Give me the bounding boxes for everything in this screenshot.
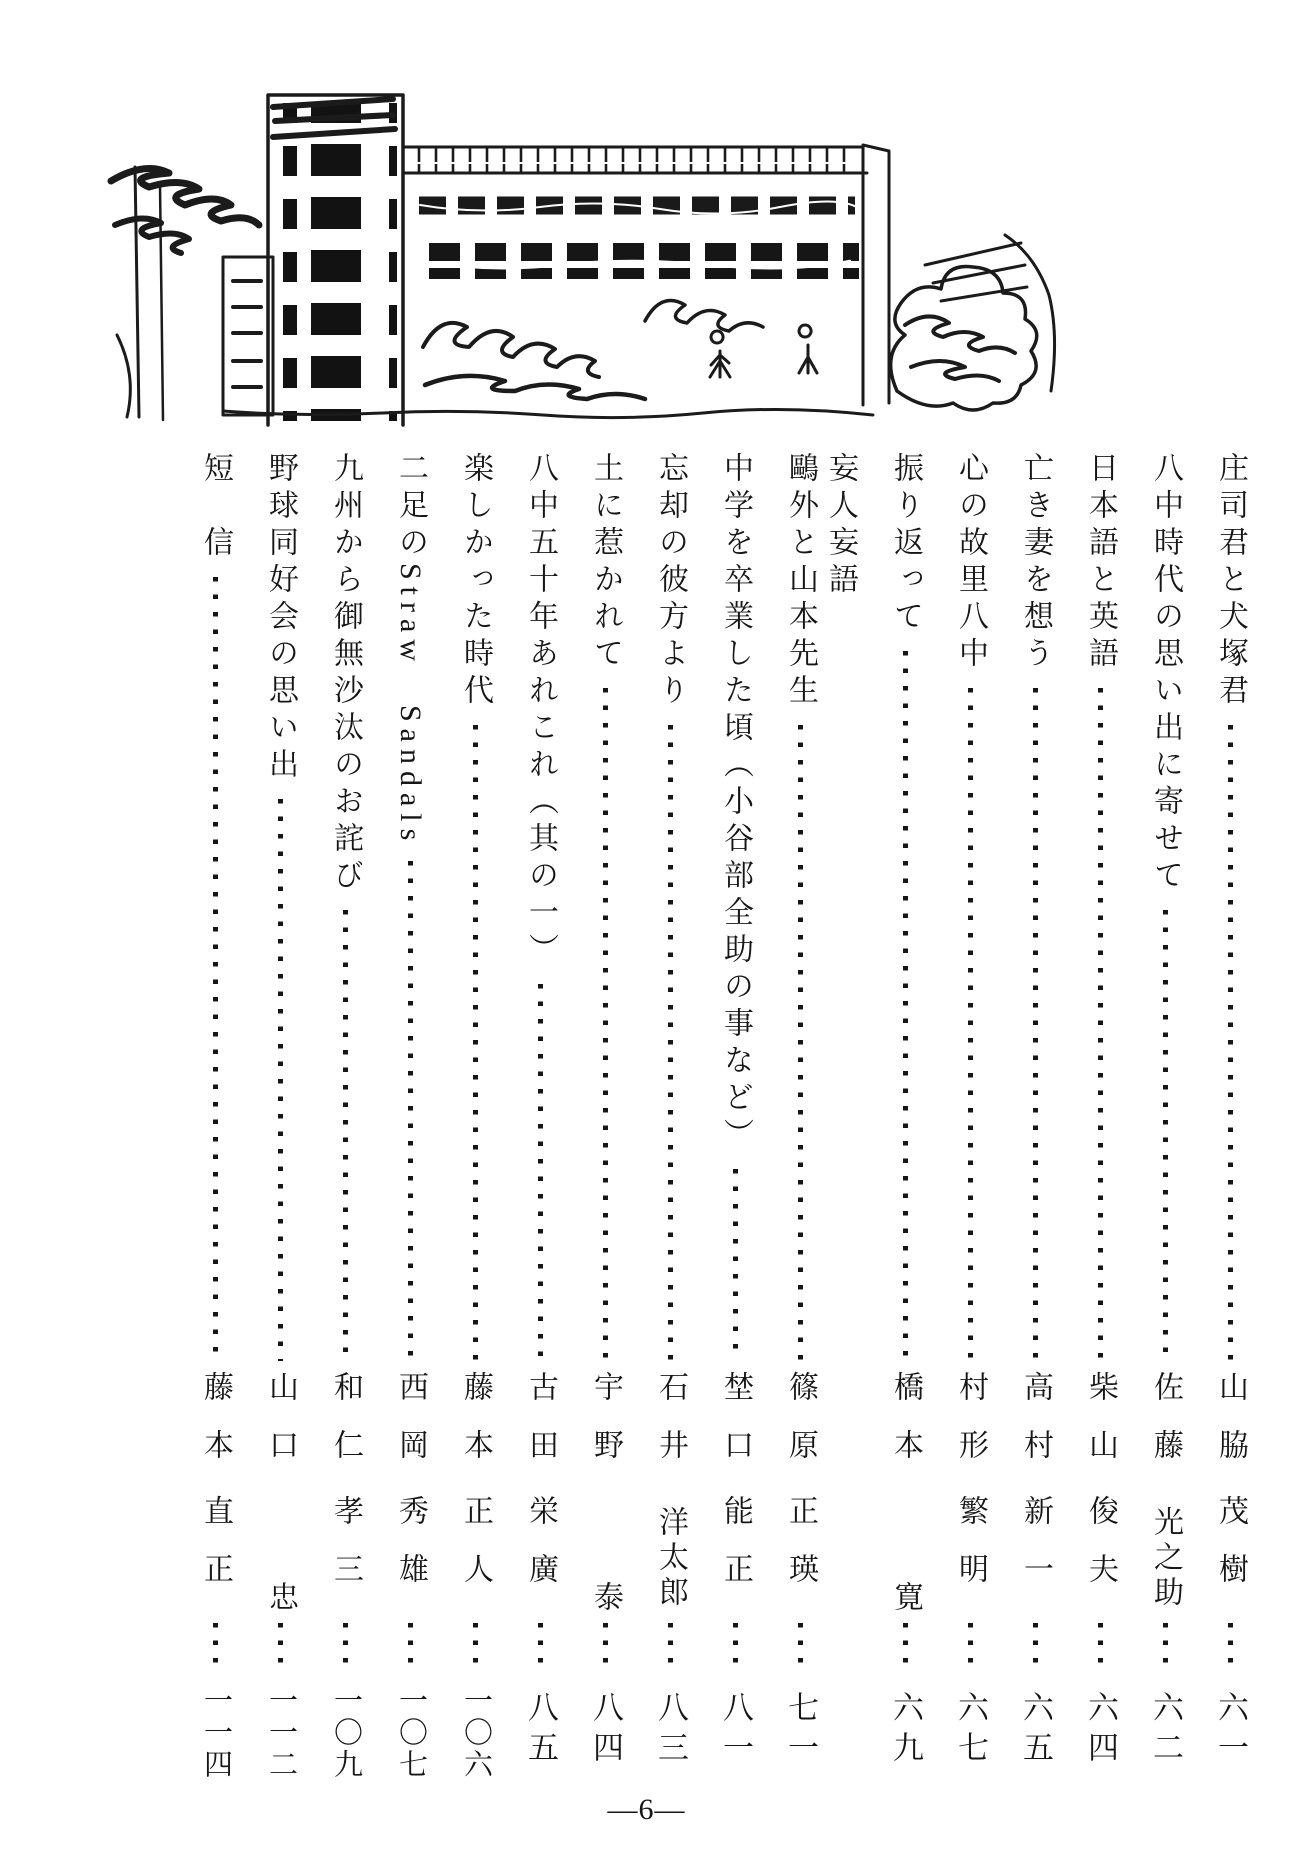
toc-entry-title: 亡き妻を想う	[1017, 452, 1054, 674]
page-number: 六七	[952, 1677, 989, 1795]
toc-entry-author: 藤本 正人	[457, 1371, 494, 1611]
page-number: 八三	[652, 1677, 689, 1795]
author-given-name: 忠	[262, 1581, 299, 1611]
page-number: 七一	[782, 1677, 819, 1795]
toc-entry-author: 村形 繁明	[952, 1371, 989, 1611]
author-surname: 藤本	[197, 1371, 234, 1487]
toc-entry-title: 短 信	[197, 452, 234, 563]
toc-entry-author: 佐藤 光之助	[1147, 1371, 1184, 1611]
toc-entry-title: 野球同好会の思い出	[262, 452, 299, 785]
author-given-name: 洋太郎	[652, 1506, 689, 1611]
author-given-name: 栄廣	[522, 1495, 559, 1611]
author-surname: 西岡	[392, 1371, 429, 1487]
author-surname: 柴山	[1082, 1371, 1119, 1487]
author-given-name: 茂樹	[1212, 1495, 1249, 1611]
dotted-leader-short	[408, 1623, 413, 1669]
toc-entry-title: 八中五十年あれこれ（其の一）	[522, 452, 559, 970]
toc-entry-author: 橋本 寛	[887, 1371, 924, 1611]
toc-entry: 亡き妻を想う 高村 新一 六五	[1017, 452, 1054, 1795]
toc-entry-title: 中学を卒業した頃（小谷部全助の事など）	[717, 452, 754, 1155]
dotted-leader-short	[668, 1623, 673, 1669]
school-building-sketch-illustration	[105, 85, 1060, 435]
toc-entry-title: 八中時代の思い出に寄せて	[1147, 452, 1184, 896]
toc-entry-main-line: 亡き妻を想う 高村 新一 六五	[1017, 452, 1054, 1795]
toc-entry: 庄司君と犬塚君 山脇 茂樹 六一	[1212, 452, 1249, 1795]
page-number: 一〇七	[392, 1677, 429, 1795]
dotted-leader	[1228, 725, 1233, 1361]
dotted-leader	[343, 910, 348, 1361]
author-given-name: 泰	[587, 1581, 624, 1611]
dotted-leader	[408, 861, 413, 1361]
dotted-leader	[668, 725, 673, 1361]
page-number: 六五	[1017, 1677, 1054, 1795]
author-surname: 高村	[1017, 1371, 1054, 1487]
toc-entry-title: 楽しかった時代	[457, 452, 494, 711]
toc-entry-main-line: 土に惹かれて 宇野 泰 八四	[587, 452, 624, 1795]
dotted-leader	[1163, 910, 1168, 1361]
dotted-leader-short	[903, 1623, 908, 1669]
toc-entry-title: 心の故里八中	[952, 452, 989, 674]
toc-entry-main-line: 九州から御無沙汰のお詫び 和仁 孝三 一〇九	[327, 452, 364, 1795]
page-number: 一〇九	[327, 1677, 364, 1795]
dotted-leader	[1098, 688, 1103, 1361]
page-number: 六四	[1082, 1677, 1119, 1795]
toc-entry: 九州から御無沙汰のお詫び 和仁 孝三 一〇九	[327, 452, 364, 1795]
author-surname: 和仁	[327, 1371, 364, 1487]
toc-entry: 八中五十年あれこれ（其の一） 古田 栄廣 八五	[522, 452, 559, 1795]
page-number: 八四	[587, 1677, 624, 1795]
toc-entry-main-line: 短 信 藤本 直正 一一四	[197, 452, 234, 1795]
dotted-leader-short	[733, 1623, 738, 1669]
page-number: 八五	[522, 1677, 559, 1795]
toc-entry-author: 山口 忠	[262, 1371, 299, 1611]
author-surname: 山脇	[1212, 1371, 1249, 1487]
toc-entry-author: 埜口 能正	[717, 1371, 754, 1611]
toc-entry-title: 二足のStraw Sandals	[392, 452, 429, 847]
toc-entry: 振り返って 橋本 寛 六九	[887, 452, 924, 1795]
toc-entry-author: 古田 栄廣	[522, 1371, 559, 1611]
dotted-leader-short	[798, 1623, 803, 1669]
toc-entry-title: 土に惹かれて	[587, 452, 624, 674]
toc-entry-title: 日本語と英語	[1082, 452, 1119, 674]
toc-entry: 中学を卒業した頃（小谷部全助の事など） 埜口 能正 八一	[717, 452, 754, 1795]
dotted-leader-short	[473, 1623, 478, 1669]
toc-entry-author: 篠原 正瑛	[782, 1371, 819, 1611]
page-footer: —6—	[0, 1793, 1293, 1827]
toc-entry-main-line: 庄司君と犬塚君 山脇 茂樹 六一	[1212, 452, 1249, 1795]
dotted-leader	[603, 688, 608, 1361]
toc-entry-main-line: 楽しかった時代 藤本 正人 一〇六	[457, 452, 494, 1795]
toc-entry-title: 振り返って	[887, 452, 924, 637]
toc-entry-title: 忘却の彼方より	[652, 452, 689, 711]
toc-entry-author: 高村 新一	[1017, 1371, 1054, 1611]
toc-entry: 短 信 藤本 直正 一一四	[197, 452, 234, 1795]
dotted-leader	[1033, 688, 1038, 1361]
toc-entry-main-line: 振り返って 橋本 寛 六九	[887, 452, 924, 1795]
toc-entry-main-line: 心の故里八中 村形 繁明 六七	[952, 452, 989, 1795]
author-surname: 石井	[652, 1371, 689, 1487]
toc-entry-author: 柴山 俊夫	[1082, 1371, 1119, 1611]
toc-entry-author: 和仁 孝三	[327, 1371, 364, 1611]
author-given-name: 正人	[457, 1495, 494, 1611]
author-given-name: 光之助	[1147, 1506, 1184, 1611]
toc-entry-main-line: 野球同好会の思い出 山口 忠 一一二	[262, 452, 299, 1795]
author-given-name: 秀雄	[392, 1495, 429, 1611]
author-given-name: 正瑛	[782, 1495, 819, 1611]
toc-entry: 二足のStraw Sandals 西岡 秀雄 一〇七	[392, 452, 429, 1795]
page-number: 八一	[717, 1677, 754, 1795]
dotted-leader-short	[213, 1623, 218, 1669]
toc-entry-main-line: 中学を卒業した頃（小谷部全助の事など） 埜口 能正 八一	[717, 452, 754, 1795]
toc-entry: 楽しかった時代 藤本 正人 一〇六	[457, 452, 494, 1795]
toc-entry-author: 西岡 秀雄	[392, 1371, 429, 1611]
toc-entry: 野球同好会の思い出 山口 忠 一一二	[262, 452, 299, 1795]
toc-entry-main-line: 八中時代の思い出に寄せて 佐藤 光之助 六二	[1147, 452, 1184, 1795]
dotted-leader-short	[1033, 1623, 1038, 1669]
author-surname: 橋本	[887, 1371, 924, 1487]
page-number: 六九	[887, 1677, 924, 1795]
toc-entry-title: 九州から御無沙汰のお詫び	[327, 452, 364, 896]
dotted-leader-short	[343, 1623, 348, 1669]
toc-entry: 土に惹かれて 宇野 泰 八四	[587, 452, 624, 1795]
dotted-leader-short	[968, 1623, 973, 1669]
author-surname: 佐藤	[1147, 1371, 1184, 1487]
page-number: 一〇六	[457, 1677, 494, 1795]
toc-entry-author: 藤本 直正	[197, 1371, 234, 1611]
page-number: 六一	[1212, 1677, 1249, 1795]
dotted-leader	[213, 577, 218, 1361]
dotted-leader	[798, 725, 803, 1361]
toc-entry-main-line: 二足のStraw Sandals 西岡 秀雄 一〇七	[392, 452, 429, 1795]
author-given-name: 寛	[887, 1581, 924, 1611]
toc-entry-author: 山脇 茂樹	[1212, 1371, 1249, 1611]
toc-entry-pretitle: 妄人妄語	[822, 452, 859, 600]
author-surname: 藤本	[457, 1371, 494, 1487]
toc-entry: 心の故里八中 村形 繁明 六七	[952, 452, 989, 1795]
author-given-name: 繁明	[952, 1495, 989, 1611]
page-number: 一一二	[262, 1677, 299, 1795]
toc-entry: 日本語と英語 柴山 俊夫 六四	[1082, 452, 1119, 1795]
author-surname: 村形	[952, 1371, 989, 1487]
toc-entry-main-line: 八中五十年あれこれ（其の一） 古田 栄廣 八五	[522, 452, 559, 1795]
author-surname: 古田	[522, 1371, 559, 1487]
author-surname: 埜口	[717, 1371, 754, 1487]
dotted-leader	[968, 688, 973, 1361]
author-surname: 篠原	[782, 1371, 819, 1487]
dotted-leader-short	[1163, 1623, 1168, 1669]
dotted-leader-short	[1098, 1623, 1103, 1669]
toc-entry-subtitle-line: 妄人妄語	[822, 452, 859, 1795]
toc: 庄司君と犬塚君 山脇 茂樹 六一 八中時代の思い出に寄せて 佐藤 光之助 六二 …	[138, 452, 1249, 1795]
toc-entry: 忘却の彼方より 石井 洋太郎 八三	[652, 452, 689, 1795]
author-given-name: 能正	[717, 1495, 754, 1611]
author-given-name: 新一	[1017, 1495, 1054, 1611]
dotted-leader-short	[1228, 1623, 1233, 1669]
toc-entry-title: 鷗外と山本先生	[782, 452, 819, 711]
dotted-leader	[903, 651, 908, 1361]
dotted-leader-short	[603, 1623, 608, 1669]
scanned-toc-page: { "page": { "footer": "—6—" }, "illustra…	[0, 0, 1293, 1860]
author-given-name: 直正	[197, 1495, 234, 1611]
dotted-leader	[278, 799, 283, 1361]
page-number: 六二	[1147, 1677, 1184, 1795]
author-given-name: 孝三	[327, 1495, 364, 1611]
toc-entry-author: 宇野 泰	[587, 1371, 624, 1611]
dotted-leader-short	[278, 1623, 283, 1669]
toc-entry-main-line: 日本語と英語 柴山 俊夫 六四	[1082, 452, 1119, 1795]
dotted-leader	[538, 984, 543, 1361]
toc-entry-main-line: 忘却の彼方より 石井 洋太郎 八三	[652, 452, 689, 1795]
dotted-leader-short	[538, 1623, 543, 1669]
toc-entry-author: 石井 洋太郎	[652, 1371, 689, 1611]
toc-entry: 妄人妄語 鷗外と山本先生 篠原 正瑛 七一	[782, 452, 859, 1795]
dotted-leader	[733, 1169, 738, 1361]
author-given-name: 俊夫	[1082, 1495, 1119, 1611]
toc-entry-main-line: 鷗外と山本先生 篠原 正瑛 七一	[782, 452, 819, 1795]
author-surname: 宇野	[587, 1371, 624, 1487]
toc-entry: 八中時代の思い出に寄せて 佐藤 光之助 六二	[1147, 452, 1184, 1795]
author-surname: 山口	[262, 1371, 299, 1487]
toc-entry-title: 庄司君と犬塚君	[1212, 452, 1249, 711]
page-number: 一一四	[197, 1677, 234, 1795]
dotted-leader	[473, 725, 478, 1361]
